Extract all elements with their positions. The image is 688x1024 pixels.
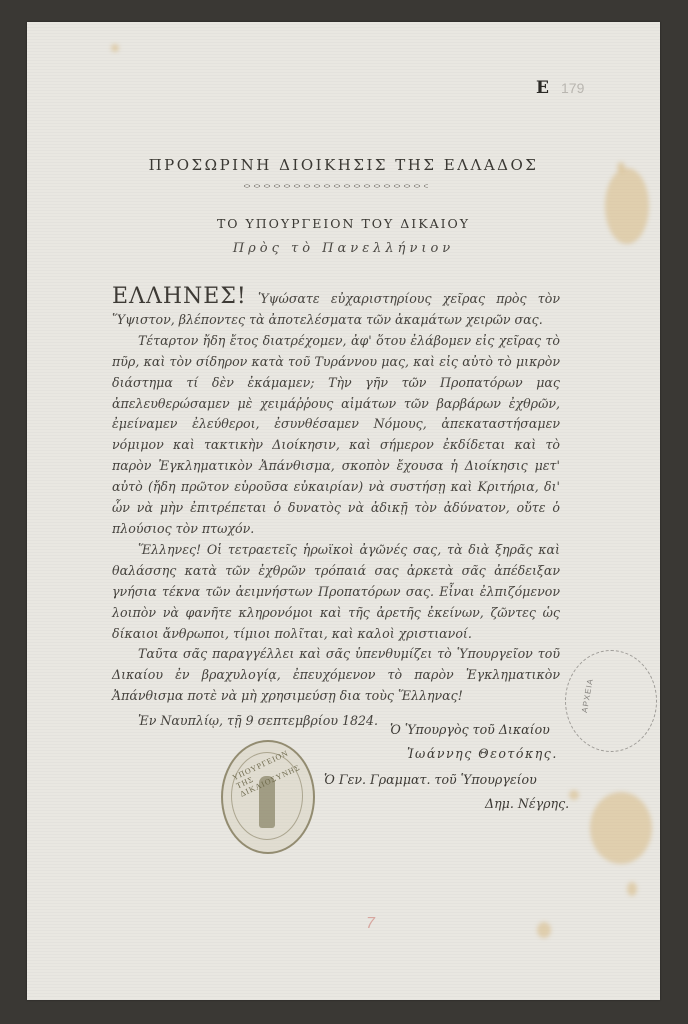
signature-name: Ἰωάννης Θεοτόκης. <box>407 746 558 761</box>
dateline: Ἐν Ναυπλίῳ, τῇ 9 σεπτεμβρίου 1824. <box>138 713 378 728</box>
document-page: E 179 ΠΡΟΣΩΡΙΝΗ ΔΙΟΙΚΗΣΙΣ ΤΗΣ ΕΛΛΑΔΟΣ ΤΟ… <box>27 22 660 1000</box>
paragraph: ΕΛΛΗΝΕΣ! Ὑψώσατε εὐχαριστηρίους χεῖρας π… <box>112 287 560 331</box>
document-title: ΠΡΟΣΩΡΙΝΗ ΔΙΟΙΚΗΣΙΣ ΤΗΣ ΕΛΛΑΔΟΣ <box>27 156 660 174</box>
water-stain <box>537 922 551 938</box>
proclamation-body: ΕΛΛΗΝΕΣ! Ὑψώσατε εὐχαριστηρίους χεῖρας π… <box>112 287 560 707</box>
water-stain <box>627 882 637 896</box>
water-stain <box>590 792 652 864</box>
pencil-mark: 7 <box>366 915 375 933</box>
signature-role: Ὁ Γεν. Γραμματ. τοῦ Ὑπουργείου <box>324 772 537 787</box>
water-stain <box>569 790 579 800</box>
reference-mark: E <box>536 78 549 98</box>
signature-name: Δημ. Νέγρης. <box>485 796 569 811</box>
paragraph: Ἕλληνες! Οἱ τετραετεῖς ἡρωϊκοὶ ἀγῶνές σα… <box>112 540 560 645</box>
archive-stamp-text: ΑΡΧΕΙΑ <box>580 678 595 714</box>
paragraph: Τέταρτον ἤδη ἔτος διατρέχομεν, ἀφ' ὅτου … <box>112 331 560 540</box>
signature-role: Ὁ Ὑπουργὸς τοῦ Δικαίου <box>390 722 550 737</box>
dropcap-heading: ΕΛΛΗΝΕΣ! <box>112 284 247 309</box>
document-subtitle: ΤΟ ΥΠΟΥΡΓΕΙΟΝ ΤΟΥ ΔΙΚΑΙΟΥ <box>27 216 660 231</box>
pencil-number: 179 <box>561 80 584 96</box>
addressee: Πρὸς τὸ Πανελλήνιον <box>27 241 660 256</box>
archive-stamp: ΑΡΧΕΙΑ <box>565 650 657 752</box>
paragraph: Ταῦτα σᾶς παραγγέλλει καὶ σᾶς ὑπενθυμίζε… <box>112 644 560 707</box>
water-stain <box>605 168 649 244</box>
water-stain <box>111 44 119 52</box>
ministry-seal: ΥΠΟΥΡΓΕΙΟΝ ΤΗΣ ΔΙΚΑΙΟΣΥΝΗΣ <box>221 740 315 854</box>
ornament-divider <box>242 182 428 190</box>
seal-figure-icon <box>259 776 275 828</box>
